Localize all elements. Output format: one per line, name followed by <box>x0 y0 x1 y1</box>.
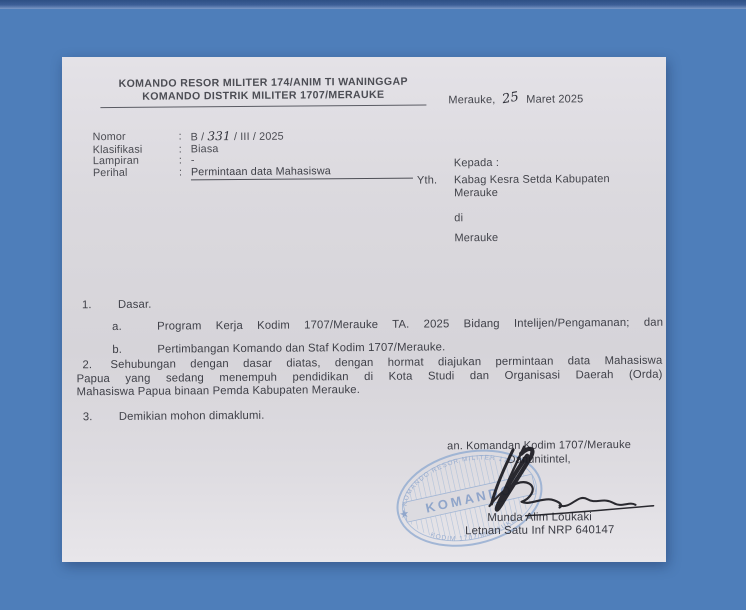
nomor-prefix: B / <box>191 131 208 143</box>
letterhead-line2: KOMANDO DISTRIK MILITER 1707/MERAUKE <box>100 88 426 103</box>
document-paper: KOMANDO RESOR MILITER 174/ANIM TI WANING… <box>62 57 666 562</box>
sub-b-text: Pertimbangan Komando dan Staf Kodim 1707… <box>157 341 445 355</box>
item2-number: 2. <box>82 359 92 373</box>
perihal-value: Permintaan data Mahasiswa <box>191 165 413 180</box>
sub-a-text: Program Kerja Kodim 1707/Merauke TA. 202… <box>157 317 663 333</box>
meta-row-perihal: Perihal : Permintaan data Mahasiswa <box>93 165 413 181</box>
meta-block: Nomor : B / 331 / III / 2025 Klasifikasi… <box>93 130 413 182</box>
item1-number: 1. <box>82 299 92 311</box>
dateline: Merauke,25Maret 2025 <box>448 91 583 107</box>
recipient-name-line1: Kabag Kesra Setda Kabupaten <box>454 173 634 187</box>
photo-background: KOMANDO RESOR MILITER 174/ANIM TI WANING… <box>0 0 746 610</box>
body-item-1: 1. Dasar. <box>62 295 666 300</box>
recipient-city: Merauke <box>454 232 498 244</box>
colon: : <box>179 131 191 144</box>
sub-a-number: a. <box>112 321 122 333</box>
dateline-month-year: Maret 2025 <box>526 93 583 105</box>
item3-text: Demikian mohon dimaklumi. <box>119 410 265 423</box>
colon: : <box>179 167 191 181</box>
sub-b-number: b. <box>112 344 122 356</box>
dateline-day-handwritten: 25 <box>501 90 520 108</box>
recipient-name: Kabag Kesra Setda Kabupaten Merauke <box>454 173 634 200</box>
recipient-name-line2: Merauke <box>454 186 634 200</box>
nomor-label: Nomor <box>93 131 179 144</box>
body-item-3: 3. Demikian mohon dimaklumi. <box>63 407 667 412</box>
body-item-2: 2. Sehubungan dengan dasar diatas, denga… <box>76 355 662 400</box>
perihal-label: Perihal <box>93 167 179 181</box>
body-sub-a: a. Program Kerja Kodim 1707/Merauke TA. … <box>62 317 666 322</box>
body-sub-b: b. Pertimbangan Komando dan Staf Kodim 1… <box>62 340 666 345</box>
nomor-number-handwritten: 331 <box>207 129 230 143</box>
item1-text: Dasar. <box>118 299 152 311</box>
di-label: di <box>454 212 463 224</box>
yth-label: Yth. <box>417 174 437 186</box>
handwritten-signature <box>425 443 666 530</box>
dateline-place: Merauke, <box>448 94 495 106</box>
letterhead: KOMANDO RESOR MILITER 174/ANIM TI WANING… <box>100 76 426 109</box>
nomor-suffix: / III / 2025 <box>231 131 284 143</box>
kepada-label: Kepada : <box>454 157 499 169</box>
top-border-strip <box>0 0 746 9</box>
item3-number: 3. <box>83 411 93 423</box>
